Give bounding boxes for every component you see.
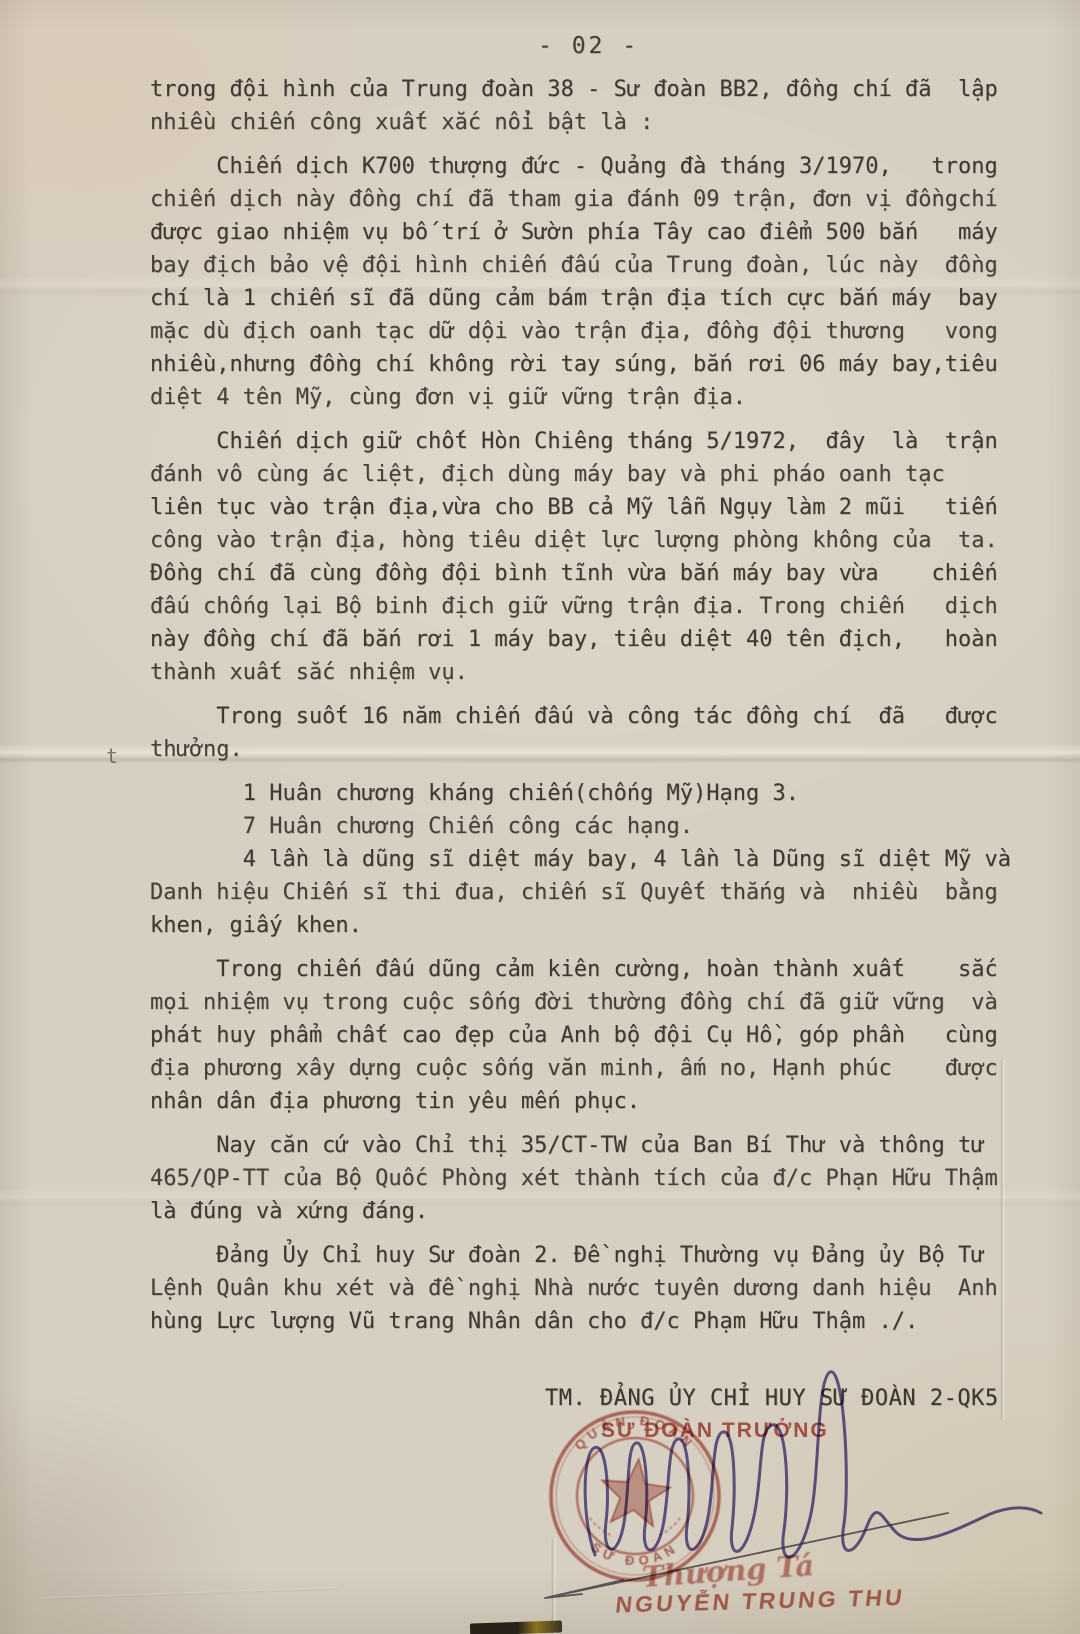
text-line: Nay căn cứ vào Chỉ thị 35/CT-TW của Ban … <box>150 1129 1020 1162</box>
text-line: nhân dân địa phương tin yêu mến phục. <box>150 1085 1020 1118</box>
scanned-document-page: - 02 - trong đội hình của Trung đoàn 38 … <box>0 0 1080 1634</box>
page-number: - 02 - <box>538 33 639 59</box>
text-line: nhiều chiến công xuất xắc nổi bật là : <box>150 106 1020 139</box>
text-line: hùng Lực lượng Vũ trang Nhân dân cho đ/c… <box>150 1305 1020 1338</box>
text-line: chí là 1 chiến sĩ đã dũng cảm bám trận đ… <box>150 282 1020 315</box>
paragraph: Chiến dịch K700 thượng đức - Quảng đà th… <box>150 150 1020 414</box>
text-line: diệt 4 tên Mỹ, cùng đơn vị giữ vững trận… <box>150 381 1020 414</box>
paragraph: 1 Huân chương kháng chiến(chống Mỹ)Hạng … <box>150 777 1020 942</box>
text-line: Đồng chí đã cùng đồng đội bình tĩnh vừa … <box>150 557 1020 590</box>
text-line: thưởng. <box>150 733 1020 766</box>
text-line: đánh vô cùng ác liệt, địch dùng máy bay … <box>150 458 1020 491</box>
text-line: nhiều,nhưng đồng chí không rời tay súng,… <box>150 348 1020 381</box>
paragraph: Nay căn cứ vào Chỉ thị 35/CT-TW của Ban … <box>150 1129 1020 1228</box>
text-line: này đồng chí đã bắn rơi 1 máy bay, tiêu … <box>150 623 1020 656</box>
text-line: liên tục vào trận địa,vừa cho BB cả Mỹ l… <box>150 491 1020 524</box>
text-line: 4 lần là dũng sĩ diệt máy bay, 4 lần là … <box>150 843 1020 876</box>
text-line: Chiến dịch giữ chốt Hòn Chiêng tháng 5/1… <box>150 425 1020 458</box>
text-line: được giao nhiệm vụ bố trí ở Sườn phía Tâ… <box>150 216 1020 249</box>
paragraph: Trong chiến đấu dũng cảm kiên cường, hoà… <box>150 953 1020 1118</box>
text-line: Trong suốt 16 năm chiến đấu và công tác … <box>150 700 1020 733</box>
text-line: địa phương xây dựng cuộc sống văn minh, … <box>150 1052 1020 1085</box>
paper-crease <box>40 1587 340 1600</box>
text-line: Chiến dịch K700 thượng đức - Quảng đà th… <box>150 150 1020 183</box>
text-line: Danh hiệu Chiến sĩ thi đua, chiến sĩ Quy… <box>150 876 1020 909</box>
text-line: Lệnh Quân khu xét và đề nghị Nhà nước tu… <box>150 1272 1020 1305</box>
text-line: 1 Huân chương kháng chiến(chống Mỹ)Hạng … <box>150 777 1020 810</box>
text-line: bay địch bảo vệ đội hình chiến đấu của T… <box>150 249 1020 282</box>
text-line: khen, giấy khen. <box>150 909 1020 942</box>
text-line: là đúng và xứng đáng. <box>150 1195 1020 1228</box>
text-line: 465/QP-TT của Bộ Quốc Phòng xét thành tí… <box>150 1162 1020 1195</box>
signature-loops <box>585 1372 1041 1557</box>
text-line: phát huy phẩm chất cao đẹp của Anh bộ độ… <box>150 1019 1020 1052</box>
text-line: mặc dù địch oanh tạc dữ dội vào trận địa… <box>150 315 1020 348</box>
document-text: trong đội hình của Trung đoàn 38 - Sư đo… <box>150 73 1020 1338</box>
text-line: công vào trận địa, hòng tiêu diệt lực lư… <box>150 524 1020 557</box>
text-line: trong đội hình của Trung đoàn 38 - Sư đo… <box>150 73 1020 106</box>
text-line: đấu chống lại Bộ binh địch giữ vững trận… <box>150 590 1020 623</box>
paragraph: Đảng Ủy Chỉ huy Sư đoàn 2. Đề nghị Thườn… <box>150 1239 1020 1338</box>
paragraph: Trong suốt 16 năm chiến đấu và công tác … <box>150 700 1020 766</box>
text-line: 7 Huân chương Chiến công các hạng. <box>150 810 1020 843</box>
paragraph: trong đội hình của Trung đoàn 38 - Sư đo… <box>150 73 1020 139</box>
text-line: thành xuất sắc nhiệm vụ. <box>150 656 1020 689</box>
margin-note: t <box>106 744 118 768</box>
text-line: Đảng Ủy Chỉ huy Sư đoàn 2. Đề nghị Thườn… <box>150 1239 1020 1272</box>
text-line: mọi nhiệm vụ trong cuộc sống đời thường … <box>150 986 1020 1019</box>
text-line: chiến dịch này đồng chí đã tham gia đánh… <box>150 183 1020 216</box>
text-line: Trong chiến đấu dũng cảm kiên cường, hoà… <box>150 953 1020 986</box>
paragraph: Chiến dịch giữ chốt Hòn Chiêng tháng 5/1… <box>150 425 1020 689</box>
